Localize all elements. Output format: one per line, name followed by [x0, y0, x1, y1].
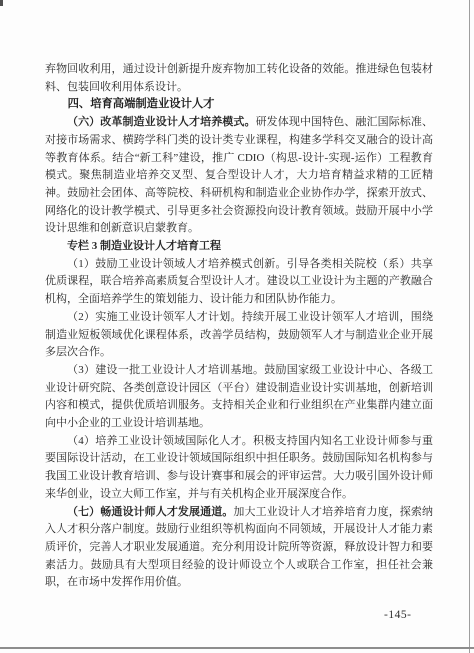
- paragraph-item-seven-body: 加大工业设计人才培养培育力度，探索纳入人才积分落户制度。鼓励行业组织等机构面向不…: [45, 506, 433, 589]
- scan-artifact-corner: [0, 0, 3, 6]
- box-item-3: （3）建设一批工业设计人才培训基地。鼓励国家级工业设计中心、各级工业设计研究院、…: [45, 362, 433, 433]
- section-heading: 四、培育高端制造业设计人才: [45, 96, 433, 114]
- page-number: -145-: [384, 609, 411, 621]
- paragraph-item-seven: （七）畅通设计师人才发展通道。加大工业设计人才培养培育力度，探索纳入人才积分落户…: [45, 504, 433, 593]
- box-item-2: （2）实施工业设计领军人才计划。持续开展工业设计领军人才培训，围绕制造业短板领域…: [45, 309, 433, 362]
- page-edge-right: [469, 0, 470, 653]
- page-edge-bottom: [0, 647, 474, 649]
- paragraph-item-six-lead: （六）改革制造业设计人才培养模式。: [67, 116, 256, 128]
- paragraph-item-seven-lead: （七）畅通设计师人才发展通道。: [67, 506, 233, 518]
- page-content: 弃物回收利用，通过设计创新提升废弃物加工转化设备的效能。推进绿色包装材料、包装回…: [45, 61, 433, 592]
- scanned-document-page: 弃物回收利用，通过设计创新提升废弃物加工转化设备的效能。推进绿色包装材料、包装回…: [0, 0, 474, 653]
- box-item-1: （1）鼓励工业设计领域人才培养模式创新。引导各类相关院校（系）共享优质课程，联合…: [45, 256, 433, 309]
- paragraph-item-six: （六）改革制造业设计人才培养模式。研发体现中国特色、融汇国际标准、对接市场需求、…: [45, 114, 433, 238]
- paragraph-item-six-body: 研发体现中国特色、融汇国际标准、对接市场需求、横跨学科门类的设计类专业课程，构建…: [45, 116, 433, 234]
- box-item-4: （4）培养工业设计领域国际化人才。积极支持国内知名工业设计师参与重要国际设计活动…: [45, 433, 433, 504]
- paragraph-continuation: 弃物回收利用，通过设计创新提升废弃物加工转化设备的效能。推进绿色包装材料、包装回…: [45, 61, 433, 96]
- box-title: 专栏 3 制造业设计人才培育工程: [45, 238, 433, 256]
